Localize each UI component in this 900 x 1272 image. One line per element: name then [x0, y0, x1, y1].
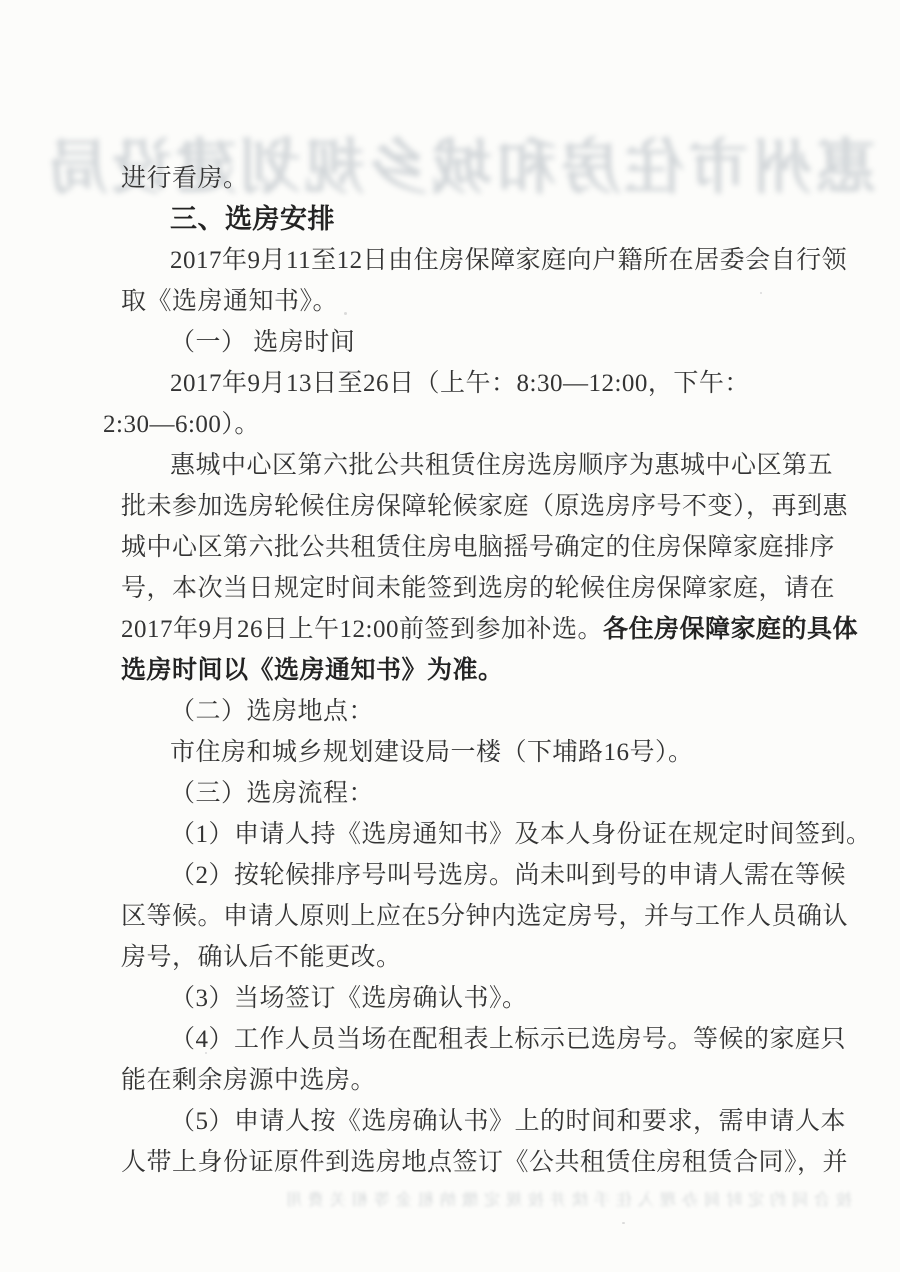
- paragraph-line-mixed: 2017年9月26日上午12:00前签到参加补选。各住房保障家庭的具体: [0, 609, 900, 650]
- paragraph-line: 能在剩余房源中选房。: [0, 1060, 900, 1101]
- paragraph-line: 市住房和城乡规划建设局一楼（下埔路16号）。: [0, 732, 900, 773]
- subsection-heading: （三）选房流程：: [0, 773, 900, 814]
- list-item-line: （1）申请人持《选房通知书》及本人身份证在规定时间签到。: [0, 814, 900, 855]
- paragraph-line: 2017年9月11至12日由住房保障家庭向户籍所在居委会自行领: [0, 240, 900, 281]
- paragraph-line: 取《选房通知书》。: [0, 281, 900, 322]
- document-body: 进行看房。 三、选房安排 2017年9月11至12日由住房保障家庭向户籍所在居委…: [0, 158, 900, 1183]
- paragraph-line: 批未参加选房轮候住房保障轮候家庭（原选房序号不变），再到惠: [0, 486, 900, 527]
- list-item-line: （2）按轮候排序号叫号选房。尚未叫到号的申请人需在等候: [0, 855, 900, 896]
- scanned-document-page: 惠州市住房和城乡规划建设局文件 进行看房。 三、选房安排 2017年9月11至1…: [0, 0, 900, 1272]
- scan-speck: [622, 1222, 625, 1224]
- paragraph-line: 城中心区第六批公共租赁住房电脑摇号确定的住房保障家庭排序: [0, 527, 900, 568]
- subsection-heading: （二）选房地点：: [0, 691, 900, 732]
- paragraph-line: 人带上身份证原件到选房地点签订《公共租赁住房租赁合同》，并: [0, 1142, 900, 1183]
- list-item-line: （3）当场签订《选房确认书》。: [0, 978, 900, 1019]
- paragraph-line: 号，本次当日规定时间未能签到选房的轮候住房保障家庭，请在: [0, 568, 900, 609]
- subsection-heading: （一） 选房时间: [0, 322, 900, 363]
- list-item-line: （5）申请人按《选房确认书》上的时间和要求，需申请人本: [0, 1101, 900, 1142]
- list-item-line: （4）工作人员当场在配租表上标示已选房号。等候的家庭只: [0, 1019, 900, 1060]
- paragraph-line: 2:30—6:00）。: [0, 404, 900, 445]
- paragraph-text-bold: 各住房保障家庭的具体: [603, 615, 858, 643]
- paragraph-line-bold: 选房时间以《选房通知书》为准。: [0, 650, 900, 691]
- paragraph-line: 区等候。申请人原则上应在5分钟内选定房号，并与工作人员确认: [0, 896, 900, 937]
- paragraph-text-regular: 2017年9月26日上午12:00前签到参加补选。: [121, 616, 603, 643]
- paragraph-line: 进行看房。: [0, 158, 900, 199]
- paragraph-line: 2017年9月13日至26日（上午：8:30—12:00，下午：: [0, 363, 900, 404]
- paragraph-line: 房号，确认后不能更改。: [0, 937, 900, 978]
- bleed-through-footer-text: 按合同约定时间办理入住手续并按规定缴纳租金等相关费用: [110, 1190, 852, 1214]
- paragraph-line: 惠城中心区第六批公共租赁住房选房顺序为惠城中心区第五: [0, 445, 900, 486]
- section-heading: 三、选房安排: [0, 199, 900, 240]
